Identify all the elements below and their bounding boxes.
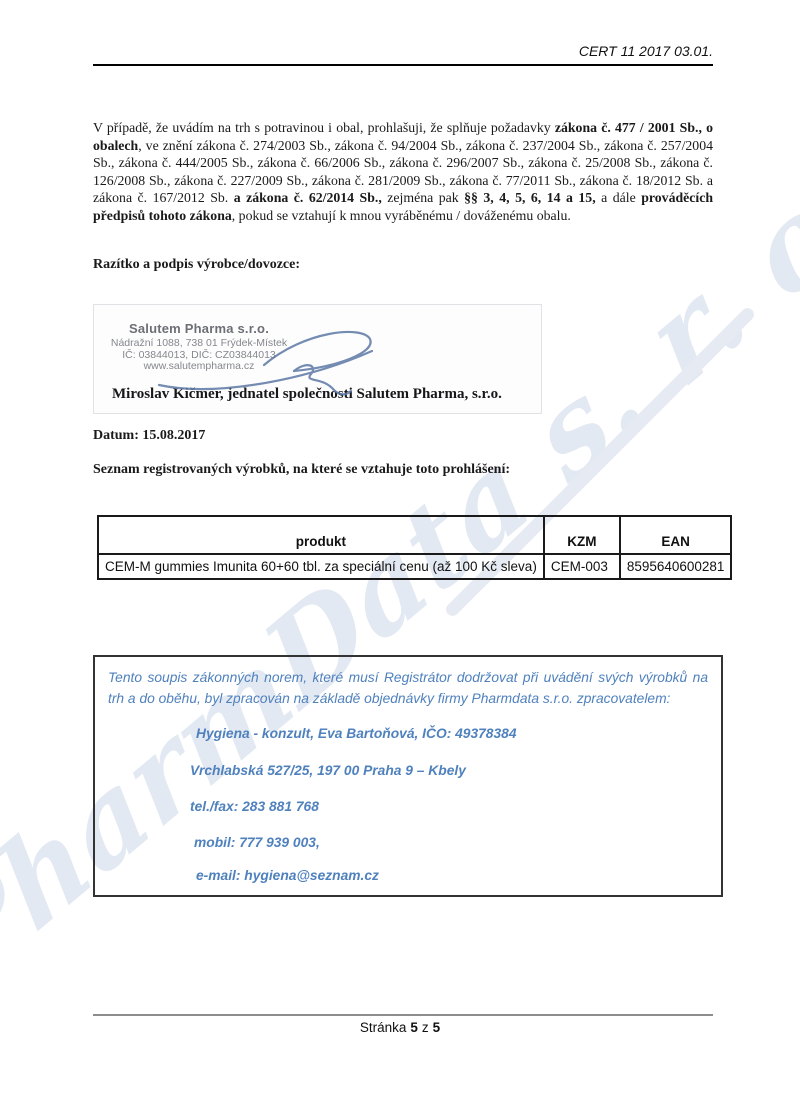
stamp-section-label: Razítko a podpis výrobce/dovozce:: [93, 257, 300, 273]
contact-mobile-line: mobil: 777 939 003,: [194, 832, 708, 853]
legal-declaration-paragraph: V případě, že uvádím na trh s potravinou…: [93, 119, 713, 225]
contact-name-line: Hygiena - konzult, Eva Bartoňová, IČO: 4…: [196, 723, 708, 744]
page-number-footer: Stránka5z5: [0, 1020, 800, 1035]
cell-ean-code: 8595640600281: [620, 554, 732, 579]
contact-telfax-line: tel./fax: 283 881 768: [190, 796, 708, 817]
footer-of-word: z: [422, 1020, 429, 1035]
column-header-ean: EAN: [620, 516, 732, 554]
contact-email-line: e-mail: hygiena@seznam.cz: [196, 865, 708, 886]
header-divider: [93, 64, 713, 66]
footer-prefix: Stránka: [360, 1020, 407, 1035]
column-header-produkt: produkt: [98, 516, 544, 554]
footer-current-page: 5: [410, 1020, 418, 1035]
registrar-notice-box: Tento soupis zákonných norem, které musí…: [93, 655, 723, 897]
registered-products-heading: Seznam registrovaných výrobků, na které …: [93, 462, 510, 478]
signature-scribble: [144, 323, 424, 399]
column-header-kzm: KZM: [544, 516, 620, 554]
footer-divider: [93, 1014, 713, 1016]
cell-product-name: CEM-M gummies Imunita 60+60 tbl. za spec…: [98, 554, 544, 579]
products-table: produkt KZM EAN CEM-M gummies Imunita 60…: [97, 515, 732, 580]
company-stamp-image: Salutem Pharma s.r.o. Nádražní 1088, 738…: [93, 304, 542, 414]
table-row: CEM-M gummies Imunita 60+60 tbl. za spec…: [98, 554, 731, 579]
date-line: Datum: 15.08.2017: [93, 428, 205, 444]
cell-kzm-code: CEM-003: [544, 554, 620, 579]
table-header-row: produkt KZM EAN: [98, 516, 731, 554]
document-page: PharmData s. r. o. CERT 11 2017 03.01. V…: [0, 0, 800, 1100]
footer-total-pages: 5: [433, 1020, 441, 1035]
contact-address-line: Vrchlabská 527/25, 197 00 Praha 9 – Kbel…: [190, 760, 708, 781]
notice-intro-text: Tento soupis zákonných norem, které musí…: [108, 667, 708, 709]
document-code: CERT 11 2017 03.01.: [579, 43, 713, 59]
